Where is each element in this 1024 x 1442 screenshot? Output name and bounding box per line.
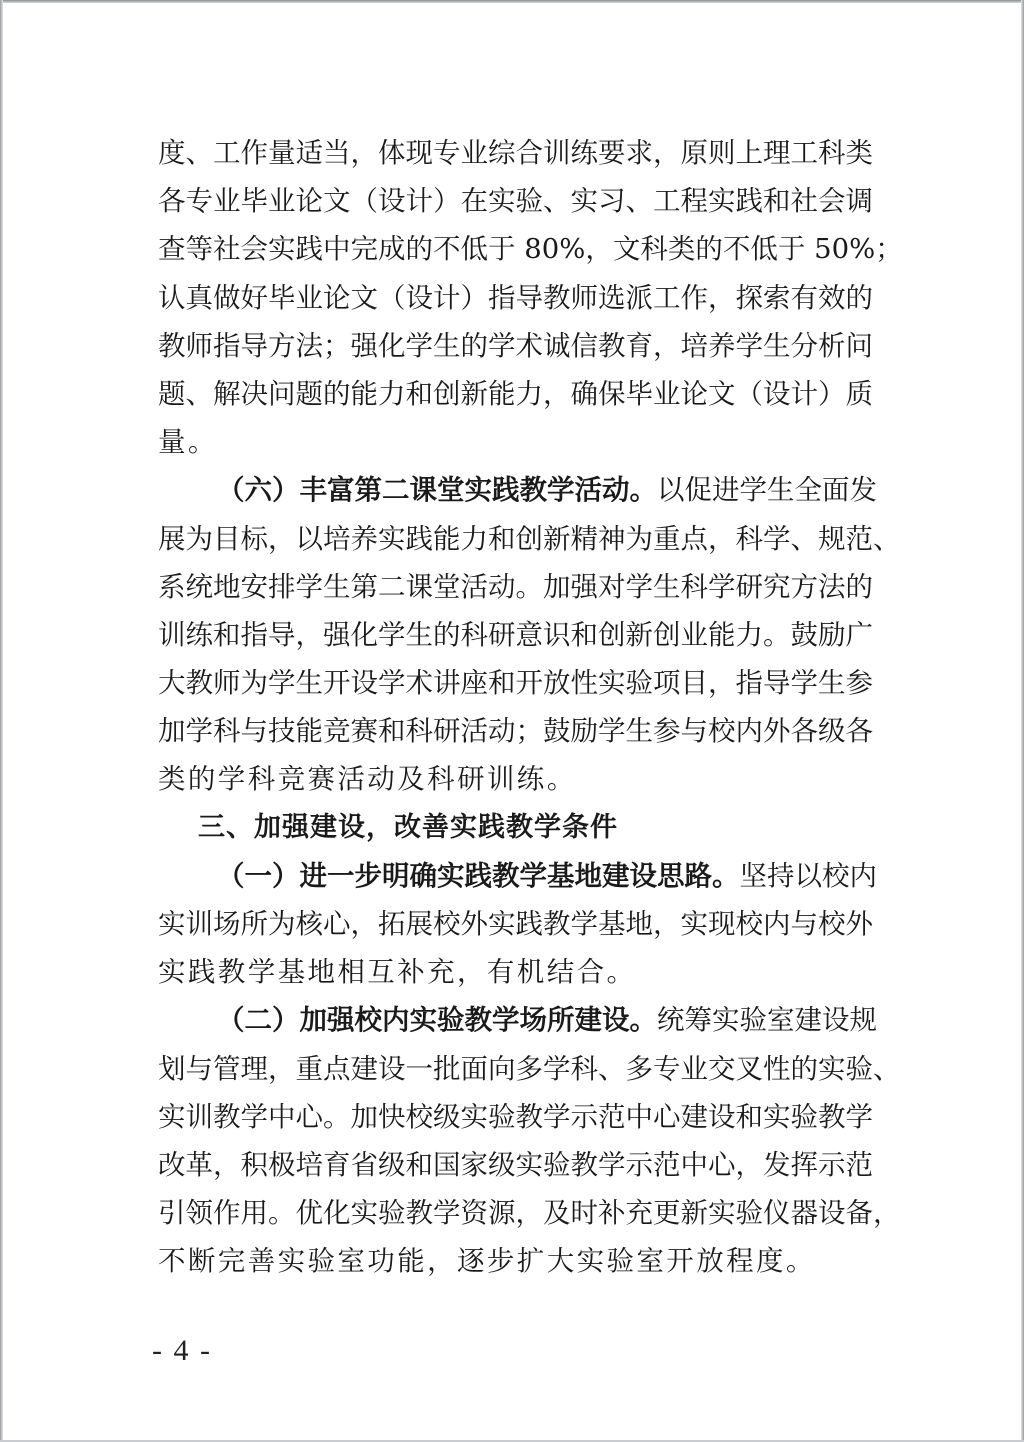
line-text: 题、解决问题的能力和创新能力，确保毕业论文（设计）质 xyxy=(158,378,873,410)
line-text: 展为目标，以培养实践能力和创新精神为重点，科学、规范、 xyxy=(158,523,901,555)
text-line: 查等社会实践中完成的不低于 80%，文科类的不低于 50%； xyxy=(158,225,870,273)
line-text: 认真做好毕业论文（设计）指导教师选派工作，探索有效的 xyxy=(158,282,873,314)
text-line: 各专业毕业论文（设计）在实验、实习、工程实践和社会调 xyxy=(158,177,870,225)
line-text: 教师指导方法；强化学生的学术诚信教育，培养学生分析问 xyxy=(158,330,873,362)
text-line: 加学科与技能竞赛和科研活动；鼓励学生参与校内外各级各 xyxy=(158,707,870,755)
subsection-title: （一）进一步明确实践教学基地建设思路。 xyxy=(217,860,740,892)
page-number: - 4 - xyxy=(152,1334,212,1368)
text-line: 实训教学中心。加快校级实验教学示范中心建设和实验教学 xyxy=(158,1093,870,1141)
line-text: 大教师为学生开设学术讲座和开放性实验项目，指导学生参 xyxy=(158,667,873,699)
line-text: 以促进学生全面发 xyxy=(657,474,877,506)
line-text: 坚持以校内 xyxy=(740,860,878,892)
line-text: 加学科与技能竞赛和科研活动；鼓励学生参与校内外各级各 xyxy=(158,715,873,747)
document-body: 度、工作量适当，体现专业综合训练要求，原则上理工科类 各专业毕业论文（设计）在实… xyxy=(158,129,870,1286)
text-line: 量。 xyxy=(158,418,870,466)
line-text: 划与管理，重点建设一批面向多学科、多专业交叉性的实验、 xyxy=(158,1053,901,1085)
subsection-first-line: （六）丰富第二课堂实践教学活动。以促进学生全面发 xyxy=(158,466,870,514)
line-text: 类的学科竞赛活动及科研训练。 xyxy=(158,763,577,795)
subsection-title: （六）丰富第二课堂实践教学活动。 xyxy=(217,474,657,506)
text-line: 实践教学基地相互补充，有机结合。 xyxy=(158,948,870,996)
text-line: 不断完善实验室功能，逐步扩大实验室开放程度。 xyxy=(158,1237,870,1285)
text-line: 实训场所为核心，拓展校外实践教学基地，实现校内与校外 xyxy=(158,900,870,948)
line-text: 引领作用。优化实验教学资源，及时补充更新实验仪器设备， xyxy=(158,1197,901,1229)
text-line: 展为目标，以培养实践能力和创新精神为重点，科学、规范、 xyxy=(158,515,870,563)
text-line: 大教师为学生开设学术讲座和开放性实验项目，指导学生参 xyxy=(158,659,870,707)
subsection-title: （二）加强校内实验教学场所建设。 xyxy=(217,1004,657,1036)
subsection-first-line: （二）加强校内实验教学场所建设。统筹实验室建设规 xyxy=(158,996,870,1044)
section-heading-text: 三、加强建设，改善实践教学条件 xyxy=(198,812,618,843)
text-line: 划与管理，重点建设一批面向多学科、多专业交叉性的实验、 xyxy=(158,1045,870,1093)
line-text: 训练和指导，强化学生的科研意识和创新创业能力。鼓励广 xyxy=(158,619,873,651)
line-text: 查等社会实践中完成的不低于 80%，文科类的不低于 50%； xyxy=(158,233,903,265)
text-line: 改革，积极培育省级和国家级实验教学示范中心，发挥示范 xyxy=(158,1141,870,1189)
line-text: 实训教学中心。加快校级实验教学示范中心建设和实验教学 xyxy=(158,1101,873,1133)
text-line: 度、工作量适当，体现专业综合训练要求，原则上理工科类 xyxy=(158,129,870,177)
scan-edge-left xyxy=(0,0,3,1442)
text-line: 认真做好毕业论文（设计）指导教师选派工作，探索有效的 xyxy=(158,274,870,322)
text-line: 训练和指导，强化学生的科研意识和创新创业能力。鼓励广 xyxy=(158,611,870,659)
text-line: 引领作用。优化实验教学资源，及时补充更新实验仪器设备， xyxy=(158,1189,870,1237)
line-text: 量。 xyxy=(158,426,218,458)
text-line: 系统地安排学生第二课堂活动。加强对学生科学研究方法的 xyxy=(158,563,870,611)
section-heading: 三、加强建设，改善实践教学条件 xyxy=(158,804,870,852)
line-text: 系统地安排学生第二课堂活动。加强对学生科学研究方法的 xyxy=(158,571,873,603)
line-text: 统筹实验室建设规 xyxy=(657,1004,877,1036)
line-text: 改革，积极培育省级和国家级实验教学示范中心，发挥示范 xyxy=(158,1149,873,1181)
line-text: 各专业毕业论文（设计）在实验、实习、工程实践和社会调 xyxy=(158,185,873,217)
subsection-first-line: （一）进一步明确实践教学基地建设思路。坚持以校内 xyxy=(158,852,870,900)
line-text: 度、工作量适当，体现专业综合训练要求，原则上理工科类 xyxy=(158,137,873,169)
text-line: 类的学科竞赛活动及科研训练。 xyxy=(158,755,870,803)
line-text: 实践教学基地相互补充，有机结合。 xyxy=(158,956,636,988)
line-text: 不断完善实验室功能，逐步扩大实验室开放程度。 xyxy=(158,1245,816,1277)
text-line: 题、解决问题的能力和创新能力，确保毕业论文（设计）质 xyxy=(158,370,870,418)
line-text: 实训场所为核心，拓展校外实践教学基地，实现校内与校外 xyxy=(158,908,873,940)
scan-edge-top xyxy=(0,0,1024,3)
text-line: 教师指导方法；强化学生的学术诚信教育，培养学生分析问 xyxy=(158,322,870,370)
